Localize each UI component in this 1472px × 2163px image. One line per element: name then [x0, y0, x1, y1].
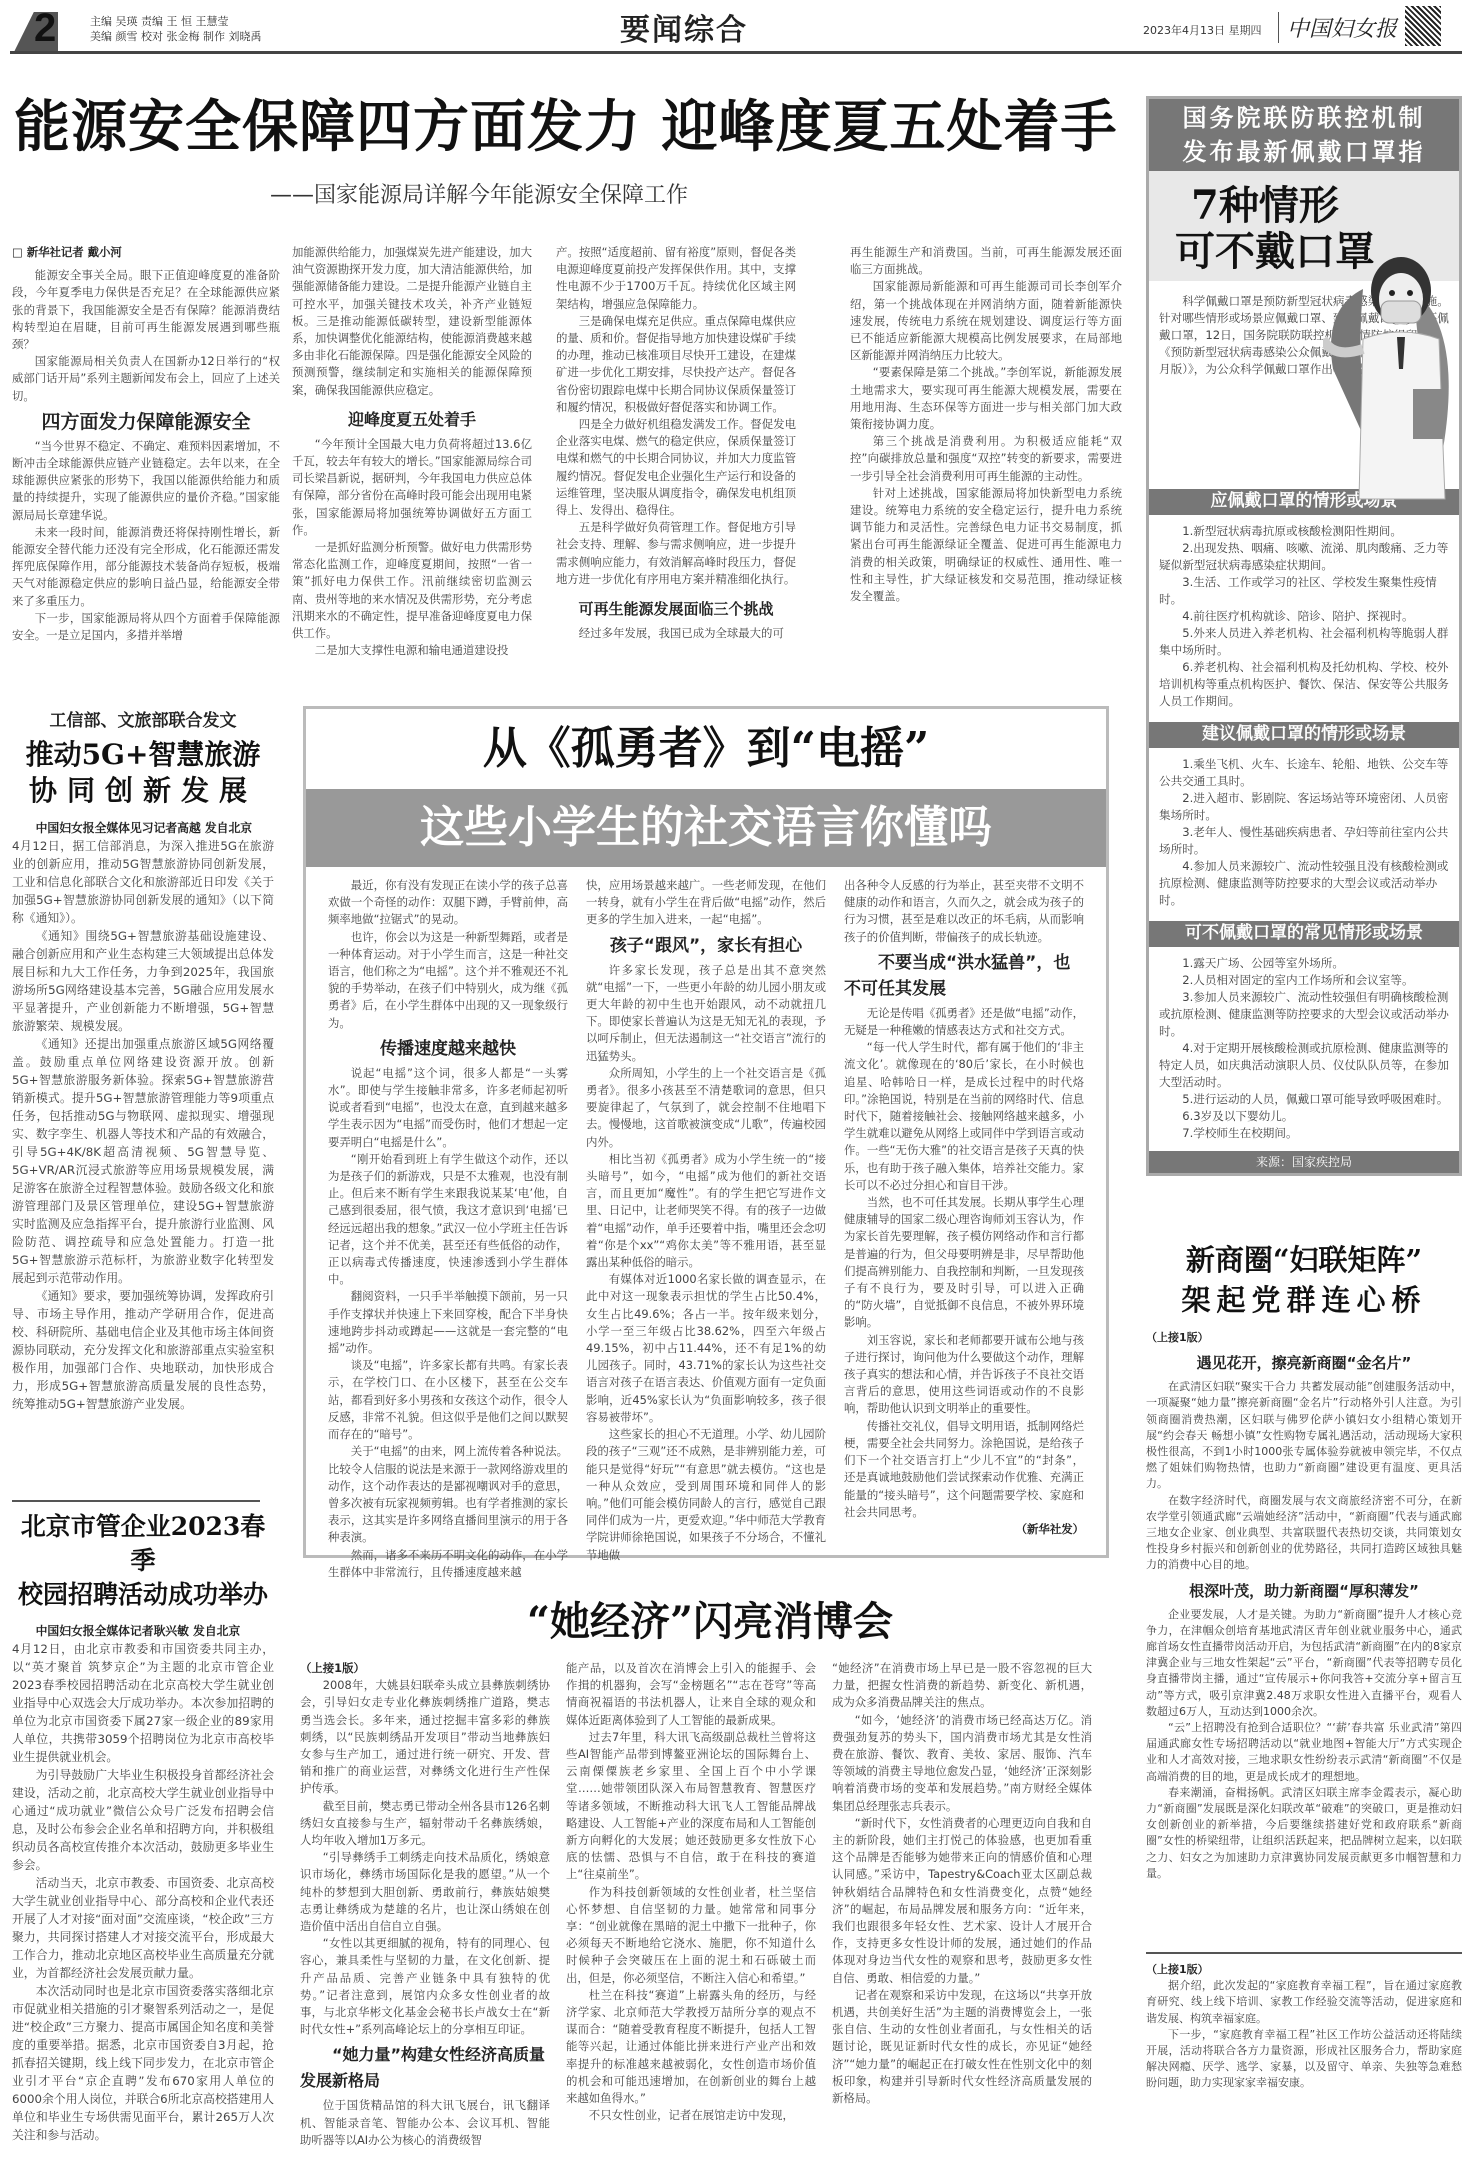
economy-column-2: 能产品，以及首次在消博会上引入的能握手、会作揖的机器狗，会写“金榜题名”“志在苍… [566, 1660, 816, 2149]
business-subhead-1: 遇见花开，擦亮新商圈“金名片” [1146, 1350, 1462, 1376]
paragraph: 下一步，“家庭教育幸福工程”社区工作坊公益活动还将陆续开展，活动将联合各方力量资… [1146, 2027, 1462, 2092]
list-item: 1.新型冠状病毒抗原或核酸检测阳性期间。 [1159, 523, 1449, 540]
paragraph: 许多家长发现，孩子总是出其不意突然就“电摇”一下，一些更小年龄的幼儿园小朋友或更… [586, 962, 826, 1065]
feature-box: 从《孤勇者》到“电摇” 这些小学生的社交语言你懂吗 最近，你有没有发现正在读小学… [303, 706, 1109, 1558]
doctor-illustration-icon [1323, 249, 1453, 519]
list-item: 6.养老机构、社会福利机构及托幼机构、学校、校外培训机构等重点机构医护、餐饮、保… [1159, 659, 1449, 710]
continued-note: （上接1版） [300, 1660, 550, 1677]
paragraph: “引导彝绣手工刺绣走向技术品质化，绣娘意识市场化，彝绣市场国际化是我的愿望。”从… [300, 1849, 550, 1935]
paragraph: 刘玉容说，家长和老师都要开诚布公地与孩子进行探讨，询问他为什么要做这个动作，理解… [844, 1332, 1084, 1418]
paragraph: 企业要发展，人才是关键。为助力“新商圈”提升人才核心竞争力，在津帼众创培育基地武… [1146, 1607, 1462, 1720]
paragraph: 再生能源生产和消费国。当前，可再生能源发展还面临三方面挑战。 [850, 244, 1122, 278]
paragraph: 杜兰在科技“赛道”上崭露头角的经历，与经济学家、北京师范大学教授万喆所分享的观点… [566, 1987, 816, 2107]
list-item: 2.出现发热、咽痛、咳嗽、流涕、肌肉酸痛、乏力等疑似新型冠状病毒感染症状期间。 [1159, 540, 1449, 574]
lead-subhead-2: 迎峰度夏五处着手 [292, 407, 532, 433]
feature-title: 从《孤勇者》到“电摇” [306, 709, 1106, 789]
business-article: 新商圈“妇联矩阵” 架起党群连心桥 （上接1版） 遇见花开，擦亮新商圈“金名片”… [1146, 1240, 1462, 1882]
editor-credits: 主编 吴瑛 责编 王 恒 王慧莹 美编 颜雪 校对 张金梅 制作 刘晓禹 [90, 14, 261, 44]
paragraph: 位于国货精品馆的科大讯飞展台，讯飞翻译机、智能录音笔、智能办公本、会议耳机、智能… [300, 2097, 550, 2149]
hero-line-1: 7种情形 [1175, 183, 1375, 229]
recruit-article: 北京市管企业2023春季 校园招聘活动成功举办 中国妇女报全媒体记者耿兴敏 发自… [12, 1510, 274, 2144]
paragraph: 众所周知，小学生的上一个社交语言是《孤勇者》。很多小孩甚至不清楚歌词的意思，但只… [586, 1065, 826, 1151]
paragraph: 《通知》要求，要加强统筹协调，发挥政府引导、市场主导作用，推动产学研用合作，促进… [12, 1287, 274, 1413]
mask-source: 来源：国家疾控局 [1149, 1151, 1459, 1173]
title-line: 新商圈“妇联矩阵” [1146, 1240, 1462, 1280]
title-line: 推动5G+智慧旅游 [12, 737, 274, 773]
list-item: 2.人员相对固定的室内工作场所和会议室等。 [1159, 972, 1449, 989]
paragraph: 为引导鼓励广大毕业生积极投身首都经济社会建设，活动之前，北京高校大学生就业创业指… [12, 1766, 274, 1874]
lead-column-4: 再生能源生产和消费国。当前，可再生能源发展还面临三方面挑战。 国家能源局新能源和… [850, 244, 1122, 605]
feature-column-1: 最近，你有没有发现正在读小学的孩子总喜欢做一个奇怪的动作：双腿下蹲，手臂前伸，高… [328, 877, 568, 1581]
lead-column-2: 加能源供给能力，加强煤炭先进产能建设，加大油气资源勘探开发力度，加大清洁能源供给… [292, 244, 532, 659]
paragraph: “每一代人学生时代，都有属于他们的‘非主流文化’。就像现在的‘80后’家长，在小… [844, 1039, 1084, 1194]
tourism-article: 工信部、文旅部联合发文 推动5G+智慧旅游 协同创新发展 中国妇女报全媒体见习记… [12, 706, 274, 1413]
list-item: 5.进行运动的人员，佩戴口罩可能导致呼吸困难时。 [1159, 1091, 1449, 1108]
paragraph: 经过多年发展，我国已成为全球最大的可 [556, 625, 796, 642]
masthead: 2 主编 吴瑛 责编 王 恒 王慧莹 美编 颜雪 校对 张金梅 制作 刘晓禹 要… [0, 0, 1472, 54]
feature-subhead-3: 不要当成“洪水猛兽”，也不可任其发展 [844, 950, 1084, 1002]
paragraph: “如今，‘她经济’的消费市场已经高达万亿。消费强劲复苏的势头下，国内消费市场尤其… [832, 1712, 1092, 1815]
credits-line-1: 主编 吴瑛 责编 王 恒 王慧莹 [90, 14, 261, 29]
tourism-title: 推动5G+智慧旅游 协同创新发展 [12, 737, 274, 809]
paragraph: 针对上述挑战，国家能源局将加快新型电力系统建设。统筹电力系统的安全稳定运行，提升… [850, 485, 1122, 605]
feature-credit: （新华社发） [844, 1521, 1084, 1538]
paragraph: 不只女性创业，记者在展馆走访中发现， [566, 2107, 816, 2124]
lead-column-1: □ 新华社记者 戴小河 能源安全事关全局。眼下正值迎峰度夏的准备阶段，今年夏季电… [12, 244, 280, 644]
paragraph: 关于“电摇”的由来，网上流传着各种说法。比较令人信服的说法是来源于一款网络游戏里… [328, 1443, 568, 1546]
paragraph: 当然，也不可任其发展。长期从事学生心理健康辅导的国家二级心理咨询师刘玉容认为，作… [844, 1194, 1084, 1332]
list-item: 1.乘坐飞机、火车、长途车、轮船、地铁、公交车等公共交通工具时。 [1159, 756, 1449, 790]
paragraph: 据介绍，此次发起的“家庭教育幸福工程”，旨在通过家庭教育研究、线上线下培训、家教… [1146, 1978, 1462, 2027]
should-wear-list: 1.新型冠状病毒抗原或核酸检测阳性期间。 2.出现发热、咽痛、咳嗽、流涕、肌肉酸… [1149, 515, 1459, 716]
paragraph: “当今世界不稳定、不确定、难预料因素增加，不断冲击全球能源供应链产业链稳定。去年… [12, 438, 280, 524]
list-item: 2.进入超市、影剧院、客运场站等环境密闭、人员密集场所时。 [1159, 790, 1449, 824]
paragraph: “新时代下，女性消费者的心理更迈向自我和自主的新阶段，她们主打悦己的体验感，也更… [832, 1815, 1092, 1987]
paragraph: 截至目前，樊志勇已带动全州各县市126名刺绣妇女直接参与生产，辐射带动千名彝族绣… [300, 1798, 550, 1850]
lead-subheadline: ——国家能源局详解今年能源安全保障工作 [270, 178, 688, 209]
section-header-recommend-wear: 建议佩戴口罩的情形或场景 [1149, 722, 1459, 748]
paragraph: “要素保障是第二个挑战。”李创军说，新能源发展土地需求大，要实现可再生能源大规模… [850, 364, 1122, 433]
paragraph: 产。按照“适度超前、留有裕度”原则，督促各类电源迎峰度夏前投产发挥保供作用。其中… [556, 244, 796, 313]
paragraph: 国家能源局相关负责人在国新办12日举行的“权威部门话开局”系列主题新闻发布会上，… [12, 353, 280, 405]
paragraph: 作为科技创新领域的女性创业者，杜兰坚信心怀梦想、自信坚韧的力量。她常常和同事分享… [566, 1884, 816, 1987]
title-line: 协同创新发展 [12, 773, 274, 809]
recommend-wear-list: 1.乘坐飞机、火车、长途车、轮船、地铁、公交车等公共交通工具时。 2.进入超市、… [1149, 748, 1459, 915]
paragraph: 有媒体对近1000名家长做的调查显示，在此中对这一现象表示担忧的学生占比50.4… [586, 1271, 826, 1426]
economy-column-3: “她经济”在消费市场上早已是一股不容忽视的巨大力量，把握女性消费的新趋势、新变化… [832, 1660, 1092, 2149]
byline: □ 新华社记者 戴小河 [12, 244, 280, 261]
lead-subhead-1: 四方面发力保障能源安全 [12, 409, 280, 435]
economy-column-1: （上接1版） 2008年，大姚县妇联牵头成立县彝族刺绣协会，引导妇女走专业化彝族… [300, 1660, 550, 2149]
paragraph: “刚开始看到班上有学生做这个动作，还以为是孩子们的新游戏，只是不太雅观，也没有制… [328, 1151, 568, 1289]
paragraph: 能源安全事关全局。眼下正值迎峰度夏的准备阶段，今年夏季电力保供是否充足？在全球能… [12, 267, 280, 353]
paragraph: “今年预计全国最大电力负荷将超过13.6亿千瓦，较去年有较大的增长。”国家能源局… [292, 436, 532, 539]
paragraph: 本次活动同时也是北京市国资委落实落细北京市促就业相关措施的引才聚智系列活动之一，… [12, 1982, 274, 2144]
list-item: 3.生活、工作或学习的社区、学校发生聚集性疫情时。 [1159, 574, 1449, 608]
paragraph: 也许，你会以为这是一种新型舞蹈，或者是一种体育运动。对于小学生而言，这是一种社交… [328, 929, 568, 1032]
paragraph: 传播社交礼仪，倡导文明用语，抵制网络烂梗，需要全社会共同努力。涂艳国说，是给孩子… [844, 1418, 1084, 1521]
paragraph: 2008年，大姚县妇联牵头成立县彝族刺绣协会，引导妇女走专业化彝族刺绣推广道路，… [300, 1677, 550, 1797]
economy-article: （上接1版） 2008年，大姚县妇联牵头成立县彝族刺绣协会，引导妇女走专业化彝族… [300, 1660, 1120, 2149]
feature-subtitle: 这些小学生的社交语言你懂吗 [306, 789, 1106, 867]
paragraph: 三是确保电煤充足供应。重点保障电煤供应的量、质和价。督促指导地方加快建设煤矿手续… [556, 313, 796, 416]
lead-subhead-3: 可再生能源发展面临三个挑战 [556, 596, 796, 622]
feature-subhead-1: 传播速度越来越快 [328, 1036, 568, 1062]
paragraph: 《通知》围绕5G+智慧旅游基础设施建设、融合创新应用和产业生态构建三大领域提出总… [12, 927, 274, 1035]
paragraph: 这些家长的担心不无道理。小学、幼儿园阶段的孩子“三观”还不成熟，是非辨别能力差，… [586, 1426, 826, 1564]
paragraph: 未来一段时间，能源消费还将保持刚性增长，新能源安全替代能力还没有完全形成，化石能… [12, 524, 280, 610]
list-item: 4.前往医疗机构就诊、陪诊、陪护、探视时。 [1159, 608, 1449, 625]
section-header-no-need-wear: 可不佩戴口罩的常见情形或场景 [1149, 921, 1459, 947]
paragraph: 记者在观察和采访中发现，在这场以“共享开放机遇，共创美好生活”为主题的消费博览会… [832, 1987, 1092, 2107]
paragraph: 最近，你有没有发现正在读小学的孩子总喜欢做一个奇怪的动作：双腿下蹲，手臂前伸，高… [328, 877, 568, 929]
page-number: 2 [34, 6, 56, 50]
paragraph: 相比当初《孤勇者》成为小学生统一的“接头暗号”，如今，“电摇”成为他们的新社交语… [586, 1151, 826, 1271]
paragraph: 4月12日，由北京市教委和市国资委共同主办，以“英才聚首 筑梦京企”为主题的北京… [12, 1640, 274, 1766]
paragraph: 四是全力做好机组稳发满发工作。督促发电企业落实电煤、燃气的稳定供应，保质保量签订… [556, 416, 796, 519]
mask-banner: 国务院联防联控机制发布最新佩戴口罩指引 [1149, 99, 1459, 171]
recruit-title: 北京市管企业2023春季 校园招聘活动成功举办 [12, 1510, 274, 1612]
lead-col1b-body: “当今世界不稳定、不确定、难预料因素增加，不断冲击全球能源供应链产业链稳定。去年… [12, 438, 280, 644]
paragraph: 春来潮涌，奋楫扬帆。武清区妇联主席李金霞表示，凝心助力“新商圈”发展既是深化妇联… [1146, 1785, 1462, 1882]
economy-subhead: “她力量”构建女性经济高质量发展新格局 [300, 2042, 550, 2094]
economy-title: “她经济”闪亮消博会 [300, 1590, 1120, 1647]
section-title: 要闻综合 [620, 5, 748, 49]
paragraph: 然而，诸多不来历不明文化的动作，在小学生群体中非常流行，且传播速度越来越 [328, 1547, 568, 1581]
masthead-rule [10, 51, 1462, 54]
list-item: 1.露天广场、公园等室外场所。 [1159, 955, 1449, 972]
paragraph: 《通知》还提出加强重点旅游区域5G网络覆盖。鼓励重点单位网络建设资源开放。创新5… [12, 1035, 274, 1287]
list-item: 4.参加人员来源较广、流动性较强且没有核酸检测或抗原检测、健康监测等防控要求的大… [1159, 858, 1449, 909]
list-item: 4.对于定期开展核酸检测或抗原检测、健康监测等的特定人员，如庆典活动演职人员、仪… [1159, 1040, 1449, 1091]
paragraph: “她经济”在消费市场上早已是一股不容忽视的巨大力量，把握女性消费的新趋势、新变化… [832, 1660, 1092, 1712]
paragraph: 五是科学做好负荷管理工作。督促地方引导社会支持、理解、参与需求侧响应，进一步提升… [556, 519, 796, 588]
paragraph: 加能源供给能力，加强煤炭先进产能建设，加大油气资源勘探开发力度，加大清洁能源供给… [292, 244, 532, 399]
list-item: 7.学校师生在校期间。 [1159, 1125, 1449, 1142]
paragraph: 4月12日，据工信部消息，为深入推进5G在旅游业的创新应用，推动5G智慧旅游协同… [12, 837, 274, 927]
paragraph: 活动当天，北京市教委、市国资委、北京高校大学生就业创业指导中心、部分高校和企业代… [12, 1874, 274, 1982]
credits-line-2: 美编 颜雪 校对 张金梅 制作 刘晓禹 [90, 29, 261, 44]
divider [12, 1500, 260, 1502]
paragraph: 国家能源局新能源和可再生能源司司长李创军介绍，第一个挑战体现在并网消纳方面，随着… [850, 278, 1122, 364]
business-subhead-2: 根深叶茂，助力新商圈“厚积薄发” [1146, 1578, 1462, 1604]
title-line: 校园招聘活动成功举办 [12, 1578, 274, 1612]
family-article: （上接1版） 据介绍，此次发起的“家庭教育幸福工程”，旨在通过家庭教育研究、线上… [1146, 1962, 1462, 2092]
paragraph: 过去7年里，科大讯飞高级副总裁杜兰曾将这些AI智能产品带到博鳌亚洲论坛的国际舞台… [566, 1729, 816, 1884]
divider [1146, 1952, 1462, 1954]
paragraph: 快，应用场景越来越广。一些老师发现，在他们一转身，就有小学生在背后做“电摇”动作… [586, 877, 826, 929]
paragraph: “云”上招聘没有抢到合适职位？“‘薪’春共富 乐业武清”第四届通武廊女性专场招聘… [1146, 1720, 1462, 1785]
title-line: 北京市管企业2023春季 [12, 1510, 274, 1578]
paragraph: 能产品，以及首次在消博会上引入的能握手、会作揖的机器狗，会写“金榜题名”“志在苍… [566, 1660, 816, 1729]
tourism-kicker: 工信部、文旅部联合发文 [12, 706, 274, 731]
newspaper-logo: 中国妇女报 [1278, 12, 1397, 43]
list-item: 6.3岁及以下婴幼儿。 [1159, 1108, 1449, 1125]
paragraph: “女性以其更细腻的视角，特有的同理心、包容心，兼具柔性与坚韧的力量，在文化创新、… [300, 1935, 550, 2038]
paragraph: 二是加大支撑性电源和输电通道建设投 [292, 642, 532, 659]
feature-column-3: 出各种令人反感的行为举止，甚至夹带不文明不健康的动作和语言，久而久之，就会成为孩… [844, 877, 1084, 1581]
continued-note: （上接1版） [1146, 1330, 1462, 1346]
feature-column-2: 快，应用场景越来越广。一些老师发现，在他们一转身，就有小学生在背后做“电摇”动作… [586, 877, 826, 1581]
business-title: 新商圈“妇联矩阵” 架起党群连心桥 [1146, 1240, 1462, 1320]
paragraph: 无论是传唱《孤勇者》还是做“电摇”动作，无疑是一种稚嫩的情感表达方式和社交方式。 [844, 1005, 1084, 1039]
lead-column-3: 产。按照“适度超前、留有裕度”原则，督促各类电源迎峰度夏前投产发挥保供作用。其中… [556, 244, 796, 642]
paragraph: 一是抓好监测分析预警。做好电力供需形势常态化监测工作，迎峰度夏期间，按照“一省一… [292, 539, 532, 642]
issue-date: 2023年4月13日 星期四 [1143, 22, 1262, 38]
paragraph: 出各种令人反感的行为举止，甚至夹带不文明不健康的动作和语言，久而久之，就会成为孩… [844, 877, 1084, 946]
list-item: 5.外来人员进入养老机构、社会福利机构等脆弱人群集中场所时。 [1159, 625, 1449, 659]
lead-headline: 能源安全保障四方面发力 迎峰度夏五处着手 [14, 92, 1118, 162]
qr-code-icon[interactable] [1405, 6, 1441, 46]
recruit-byline: 中国妇女报全媒体记者耿兴敏 发自北京 [12, 1622, 274, 1640]
paragraph: 在武清区妇联“聚实干合力 共蓄发展动能”创建服务活动中，一项凝聚“她力量”擦亮新… [1146, 1379, 1462, 1492]
lead-col1-body: 能源安全事关全局。眼下正值迎峰度夏的准备阶段，今年夏季电力保供是否充足？在全球能… [12, 267, 280, 405]
paragraph: 翻阅资料，一只手半举触摸下颌前，另一只手作支撑状并快速上下来回穿梭，配合下半身快… [328, 1288, 568, 1357]
continued-note: （上接1版） [1146, 1962, 1462, 1978]
list-item: 3.参加人员来源较广、流动性较强但有明确核酸检测或抗原检测、健康监测等防控要求的… [1159, 989, 1449, 1040]
no-need-wear-list: 1.露天广场、公园等室外场所。 2.人员相对固定的室内工作场所和会议室等。 3.… [1149, 947, 1459, 1148]
mask-intro: 科学佩戴口罩是预防新型冠状病毒感染的重要措施。针对哪些情形或场景应佩戴口罩、建议… [1149, 281, 1319, 431]
mask-guidance-box: 国务院联防联控机制发布最新佩戴口罩指引 7种情形 可不戴口罩 科学佩戴口罩是预防… [1146, 96, 1462, 1176]
paragraph: 在数字经济时代，商圈发展与农文商旅经济密不可分，在新农学堂引领通武廊“云端她经济… [1146, 1493, 1462, 1574]
paragraph: 谈及“电摇”，许多家长都有共鸣。有家长表示，在学校门口、在小区楼下，甚至在公交车… [328, 1357, 568, 1443]
feature-subhead-2: 孩子“跟风”，家长有担心 [586, 933, 826, 959]
tourism-byline: 中国妇女报全媒体见习记者高越 发自北京 [12, 819, 274, 837]
list-item: 3.老年人、慢性基础疾病患者、孕妇等前往室内公共场所时。 [1159, 824, 1449, 858]
paragraph: 下一步，国家能源局将从四个方面着手保障能源安全。一是立足国内，多措并举增 [12, 610, 280, 644]
title-line: 架起党群连心桥 [1146, 1280, 1462, 1320]
paragraph: 说起“电摇”这个词，很多人都是“一头雾水”。即使与学生接触非常多，许多老师起初听… [328, 1065, 568, 1151]
paragraph: 第三个挑战是消费利用。为积极适应能耗“双控”向碳排放总量和强度“双控”转变的新要… [850, 433, 1122, 485]
